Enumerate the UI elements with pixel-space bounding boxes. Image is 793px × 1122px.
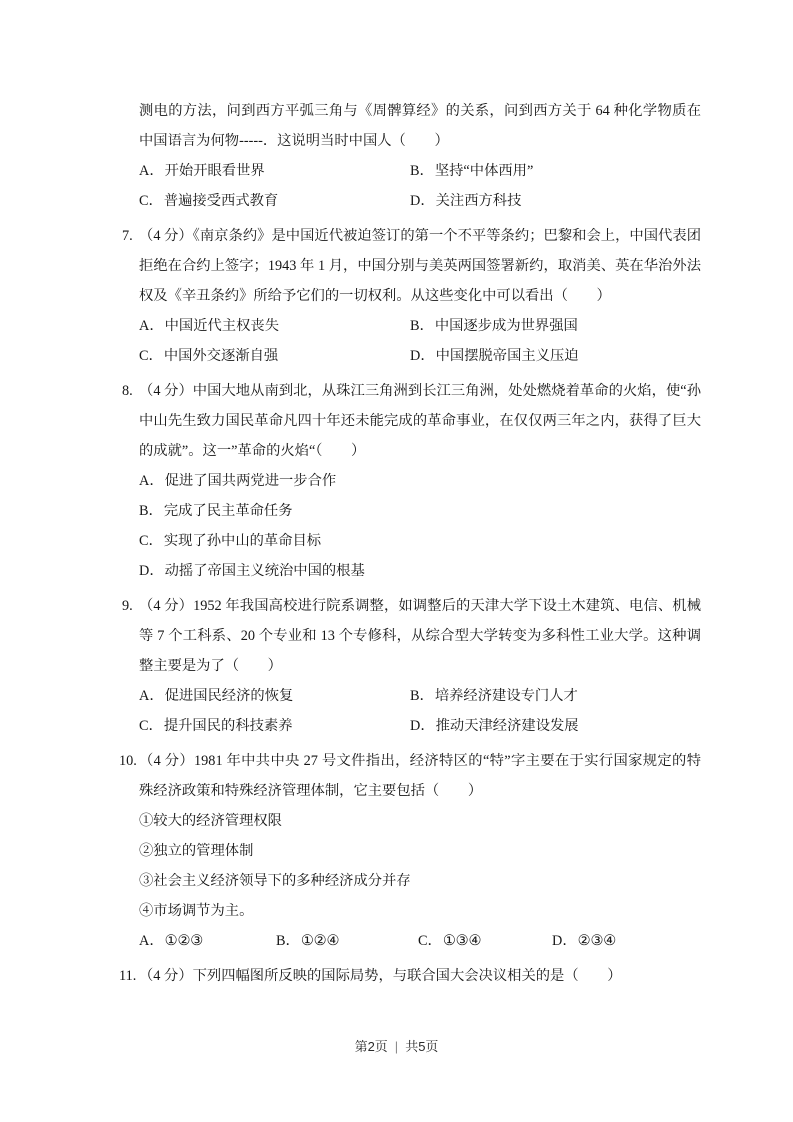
option-label: A． — [139, 318, 164, 334]
question-stem-text: （4 分）中国大地从南到北，从珠江三角洲到长江三角洲，处处燃烧着革命的火焰，使“… — [139, 383, 701, 459]
option-text: ①③④ — [443, 933, 481, 949]
question-stem-text: （4 分）1981 年中共中央 27 号文件指出，经济特区的“特”字主要在于实行… — [139, 753, 701, 799]
option-label: B． — [410, 163, 434, 179]
options-grid: A．中国近代主权丧失B．中国逐步成为世界强国C．中国外交逐渐自强D．中国摆脱帝国… — [139, 311, 701, 371]
option-label: D． — [410, 718, 435, 734]
option-label: D． — [410, 193, 435, 209]
option-text: 提升国民的科技素养 — [164, 718, 293, 734]
options-grid: A．促进国民经济的恢复B．培养经济建设专门人才C．提升国民的科技素养D．推动天津… — [139, 681, 701, 741]
questions: 测电的方法，问到西方平弧三角与《周髀算经》的关系，问到西方关于 64 种化学物质… — [139, 96, 701, 991]
question-stem-text: （4 分）《南京条约》是中国近代被迫签订的第一个不平等条约；巴黎和会上，中国代表… — [139, 228, 701, 304]
options-grid: A．①②③B．①②④C．①③④D．②③④ — [139, 926, 701, 956]
question-block-q7: 7.（4 分）《南京条约》是中国近代被迫签订的第一个不平等条约；巴黎和会上，中国… — [139, 221, 701, 371]
option-label: A． — [139, 473, 164, 489]
question-stem-text: （4 分）下列四幅图所反映的国际局势，与联合国大会决议相关的是（ ） — [139, 968, 622, 984]
option-label: A． — [139, 163, 164, 179]
option-text: 培养经济建设专门人才 — [435, 688, 578, 704]
option-label: C． — [139, 348, 163, 364]
options-grid: A．促进了国共两党进一步合作B．完成了民主革命任务C．实现了孙中山的革命目标D．… — [139, 466, 701, 586]
option-A: A．开始开眼看世界 — [139, 156, 410, 186]
option-label: A． — [139, 933, 164, 949]
question-stem: 9.（4 分）1952 年我国高校进行院系调整，如调整后的天津大学下设土木建筑、… — [139, 591, 701, 681]
question-stem: 10.（4 分）1981 年中共中央 27 号文件指出，经济特区的“特”字主要在… — [139, 746, 701, 806]
option-label: D． — [552, 933, 577, 949]
option-D: D．关注西方科技 — [410, 186, 701, 216]
option-text: 中国近代主权丧失 — [165, 318, 279, 334]
question-stem-text: （4 分）1952 年我国高校进行院系调整，如调整后的天津大学下设土木建筑、电信… — [139, 598, 701, 674]
option-B: B．完成了民主革命任务 — [139, 496, 701, 526]
option-D: D．推动天津经济建设发展 — [410, 711, 701, 741]
option-text: 促进国民经济的恢复 — [165, 688, 294, 704]
option-label: A． — [139, 688, 164, 704]
question-block-q10: 10.（4 分）1981 年中共中央 27 号文件指出，经济特区的“特”字主要在… — [139, 746, 701, 956]
option-B: B．①②④ — [276, 926, 418, 956]
option-text: ①②③ — [165, 933, 203, 949]
footer-separator: | — [395, 1039, 398, 1054]
options-grid: A．开始开眼看世界B．坚持“中体西用”C．普遍接受西式教育D．关注西方科技 — [139, 156, 701, 216]
question-stem: 7.（4 分）《南京条约》是中国近代被迫签订的第一个不平等条约；巴黎和会上，中国… — [139, 221, 701, 311]
option-D: D．动摇了帝国主义统治中国的根基 — [139, 556, 701, 586]
option-text: 推动天津经济建设发展 — [436, 718, 579, 734]
option-label: C． — [139, 533, 163, 549]
option-text: 关注西方科技 — [436, 193, 522, 209]
option-label: B． — [410, 318, 434, 334]
option-text: 动摇了帝国主义统治中国的根基 — [165, 563, 365, 579]
question-sub-item: ④市场调节为主。 — [139, 896, 701, 926]
option-B: B．坚持“中体西用” — [410, 156, 701, 186]
option-text: ②③④ — [578, 933, 616, 949]
question-stem: 测电的方法，问到西方平弧三角与《周髀算经》的关系，问到西方关于 64 种化学物质… — [139, 96, 701, 156]
option-label: B． — [276, 933, 300, 949]
option-text: 开始开眼看世界 — [165, 163, 265, 179]
option-text: 中国逐步成为世界强国 — [435, 318, 578, 334]
option-text: 实现了孙中山的革命目标 — [164, 533, 321, 549]
option-A: A．①②③ — [139, 926, 276, 956]
option-C: C．提升国民的科技素养 — [139, 711, 410, 741]
question-block-q6-continuation: 测电的方法，问到西方平弧三角与《周髀算经》的关系，问到西方关于 64 种化学物质… — [139, 96, 701, 216]
option-D: D．②③④ — [552, 926, 701, 956]
option-text: ①②④ — [301, 933, 339, 949]
option-text: 促进了国共两党进一步合作 — [165, 473, 337, 489]
option-label: C． — [139, 193, 163, 209]
option-text: 中国外交逐渐自强 — [164, 348, 278, 364]
question-number: 10. — [119, 746, 137, 776]
option-D: D．中国摆脱帝国主义压迫 — [410, 341, 701, 371]
option-label: C． — [418, 933, 442, 949]
question-sub-item: ③社会主义经济领导下的多种经济成分并存 — [139, 866, 701, 896]
option-label: C． — [139, 718, 163, 734]
page-footer: 第2页|共5页 — [0, 1036, 793, 1055]
option-label: B． — [139, 503, 163, 519]
question-stem-text: 测电的方法，问到西方平弧三角与《周髀算经》的关系，问到西方关于 64 种化学物质… — [139, 103, 701, 149]
question-number: 11. — [119, 961, 136, 991]
option-C: C．中国外交逐渐自强 — [139, 341, 410, 371]
question-sub-item: ②独立的管理体制 — [139, 836, 701, 866]
option-C: C．普遍接受西式教育 — [139, 186, 410, 216]
question-number: 7. — [122, 221, 133, 251]
question-stem: 11.（4 分）下列四幅图所反映的国际局势，与联合国大会决议相关的是（ ） — [139, 961, 701, 991]
question-number: 8. — [122, 376, 133, 406]
option-label: B． — [410, 688, 434, 704]
question-block-q11: 11.（4 分）下列四幅图所反映的国际局势，与联合国大会决议相关的是（ ） — [139, 961, 701, 991]
option-C: C．①③④ — [418, 926, 552, 956]
question-stem: 8.（4 分）中国大地从南到北，从珠江三角洲到长江三角洲，处处燃烧着革命的火焰，… — [139, 376, 701, 466]
question-block-q9: 9.（4 分）1952 年我国高校进行院系调整，如调整后的天津大学下设土木建筑、… — [139, 591, 701, 741]
option-A: A．促进了国共两党进一步合作 — [139, 466, 701, 496]
option-text: 中国摆脱帝国主义压迫 — [436, 348, 579, 364]
option-A: A．中国近代主权丧失 — [139, 311, 410, 341]
option-text: 坚持“中体西用” — [435, 163, 533, 179]
option-B: B．中国逐步成为世界强国 — [410, 311, 701, 341]
footer-total-pages: 共5页 — [405, 1039, 438, 1054]
exam-paper-page: 测电的方法，问到西方平弧三角与《周髀算经》的关系，问到西方关于 64 种化学物质… — [0, 0, 793, 1122]
footer-page-number: 第2页 — [355, 1039, 388, 1054]
option-label: D． — [410, 348, 435, 364]
question-sub-item: ①较大的经济管理权限 — [139, 806, 701, 836]
question-number: 9. — [122, 591, 133, 621]
option-text: 普遍接受西式教育 — [164, 193, 278, 209]
option-text: 完成了民主革命任务 — [164, 503, 293, 519]
option-A: A．促进国民经济的恢复 — [139, 681, 410, 711]
option-B: B．培养经济建设专门人才 — [410, 681, 701, 711]
option-C: C．实现了孙中山的革命目标 — [139, 526, 701, 556]
option-label: D． — [139, 563, 164, 579]
question-block-q8: 8.（4 分）中国大地从南到北，从珠江三角洲到长江三角洲，处处燃烧着革命的火焰，… — [139, 376, 701, 586]
